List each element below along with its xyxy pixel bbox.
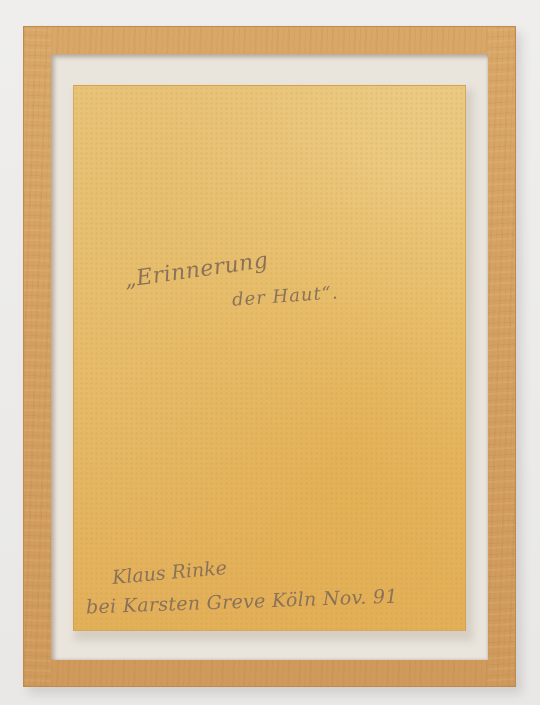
artwork-paper: „Erinnerung der Haut“. Klaus Rinke bei K… [73,85,466,631]
wooden-frame: „Erinnerung der Haut“. Klaus Rinke bei K… [23,26,516,687]
frame-wood-grain-right [487,27,515,686]
frame-mount-opening: „Erinnerung der Haut“. Klaus Rinke bei K… [51,54,488,660]
paper-texture [74,86,465,630]
frame-wood-grain-left [24,27,51,686]
